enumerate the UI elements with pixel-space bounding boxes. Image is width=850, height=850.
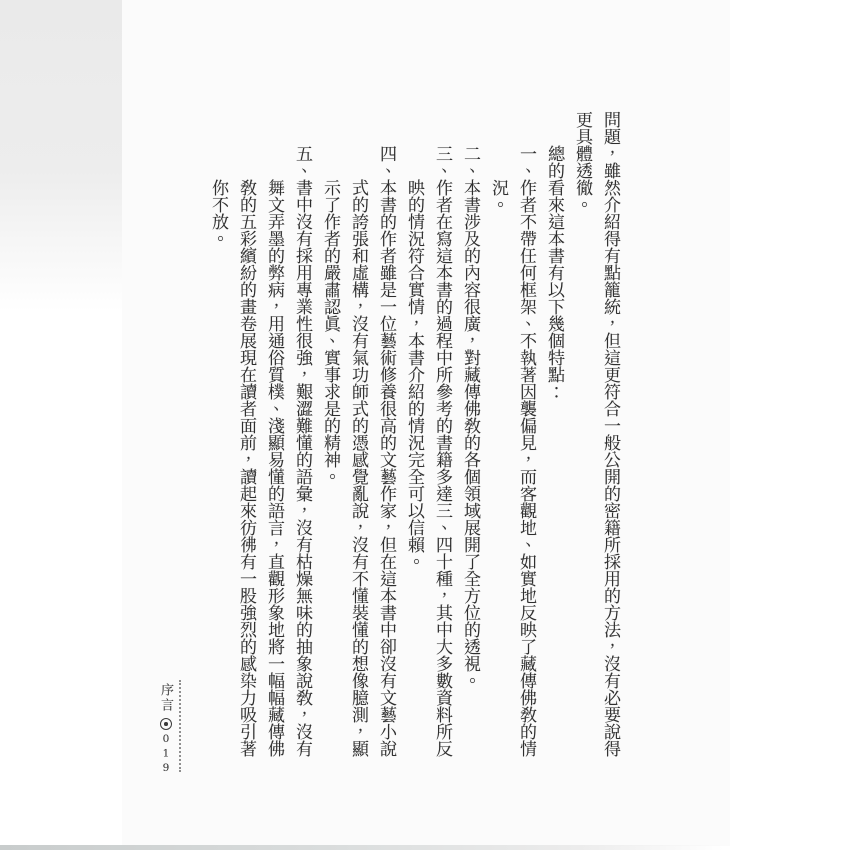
text-column: 況。 (484, 111, 512, 763)
text-column: 你不放。 (204, 111, 232, 763)
text-column: 二、本書涉及的內容很廣，對藏傳佛敎的各個領域展開了全方位的透視。 (456, 111, 484, 763)
text-column: 示了作者的嚴肅認眞、實事求是的精神。 (316, 111, 344, 763)
text-column: 更具體透徹。 (568, 111, 596, 763)
footer-page-number: 019 (160, 733, 172, 777)
text-column: 五、書中沒有採用專業性很強，艱澀難懂的語彙，沒有枯燥無味的抽象說敎，沒有 (288, 111, 316, 763)
text-column: 三、作者在寫這本書的過程中所參考的書籍多達三、四十種，其中大多數資料所反 (428, 111, 456, 763)
footer-section-label: 序言 (159, 683, 174, 713)
text-column: 式的誇張和虛構，沒有氣功師式的憑感覺亂說，沒有不懂裝懂的想像臆測，顯 (344, 111, 372, 763)
scan-shadow-top-left (0, 0, 122, 312)
scan-canvas: { "document": { "type": "scanned-book-pa… (0, 0, 850, 850)
text-column: 總的看來這本書有以下幾個特點： (540, 111, 568, 763)
text-column: 敎的五彩繽紛的畫卷展現在讀者面前，讀起來彷彿有一股強烈的感染力吸引著 (232, 111, 260, 763)
page-bottom-edge (0, 845, 724, 850)
text-column: 映的情況符合實情，本書介紹的情況完全可以信賴。 (400, 111, 428, 763)
page-footer: 序言019 (156, 683, 176, 777)
circled-dot-icon (160, 718, 172, 730)
text-column: 四、本書的作者雖是一位藝術修養很高的文藝作家，但在這本書中卻沒有文藝小說 (372, 111, 400, 763)
body-text-block: 問題，雖然介紹得有點籠統，但這更符合一般公開的密籍所採用的方法，沒有必要說得 更… (203, 111, 624, 763)
text-column: 問題，雖然介紹得有點籠統，但這更符合一般公開的密籍所採用的方法，沒有必要說得 (596, 111, 624, 763)
text-column: 一、作者不帶任何框架、不執著因襲偏見，而客觀地、如實地反映了藏傳佛敎的情 (512, 111, 540, 763)
footer-dotted-rule (179, 680, 181, 772)
text-column: 舞文弄墨的弊病，用通俗質樸、淺顯易懂的語言，直觀形象地將一幅幅藏傳佛 (260, 111, 288, 763)
